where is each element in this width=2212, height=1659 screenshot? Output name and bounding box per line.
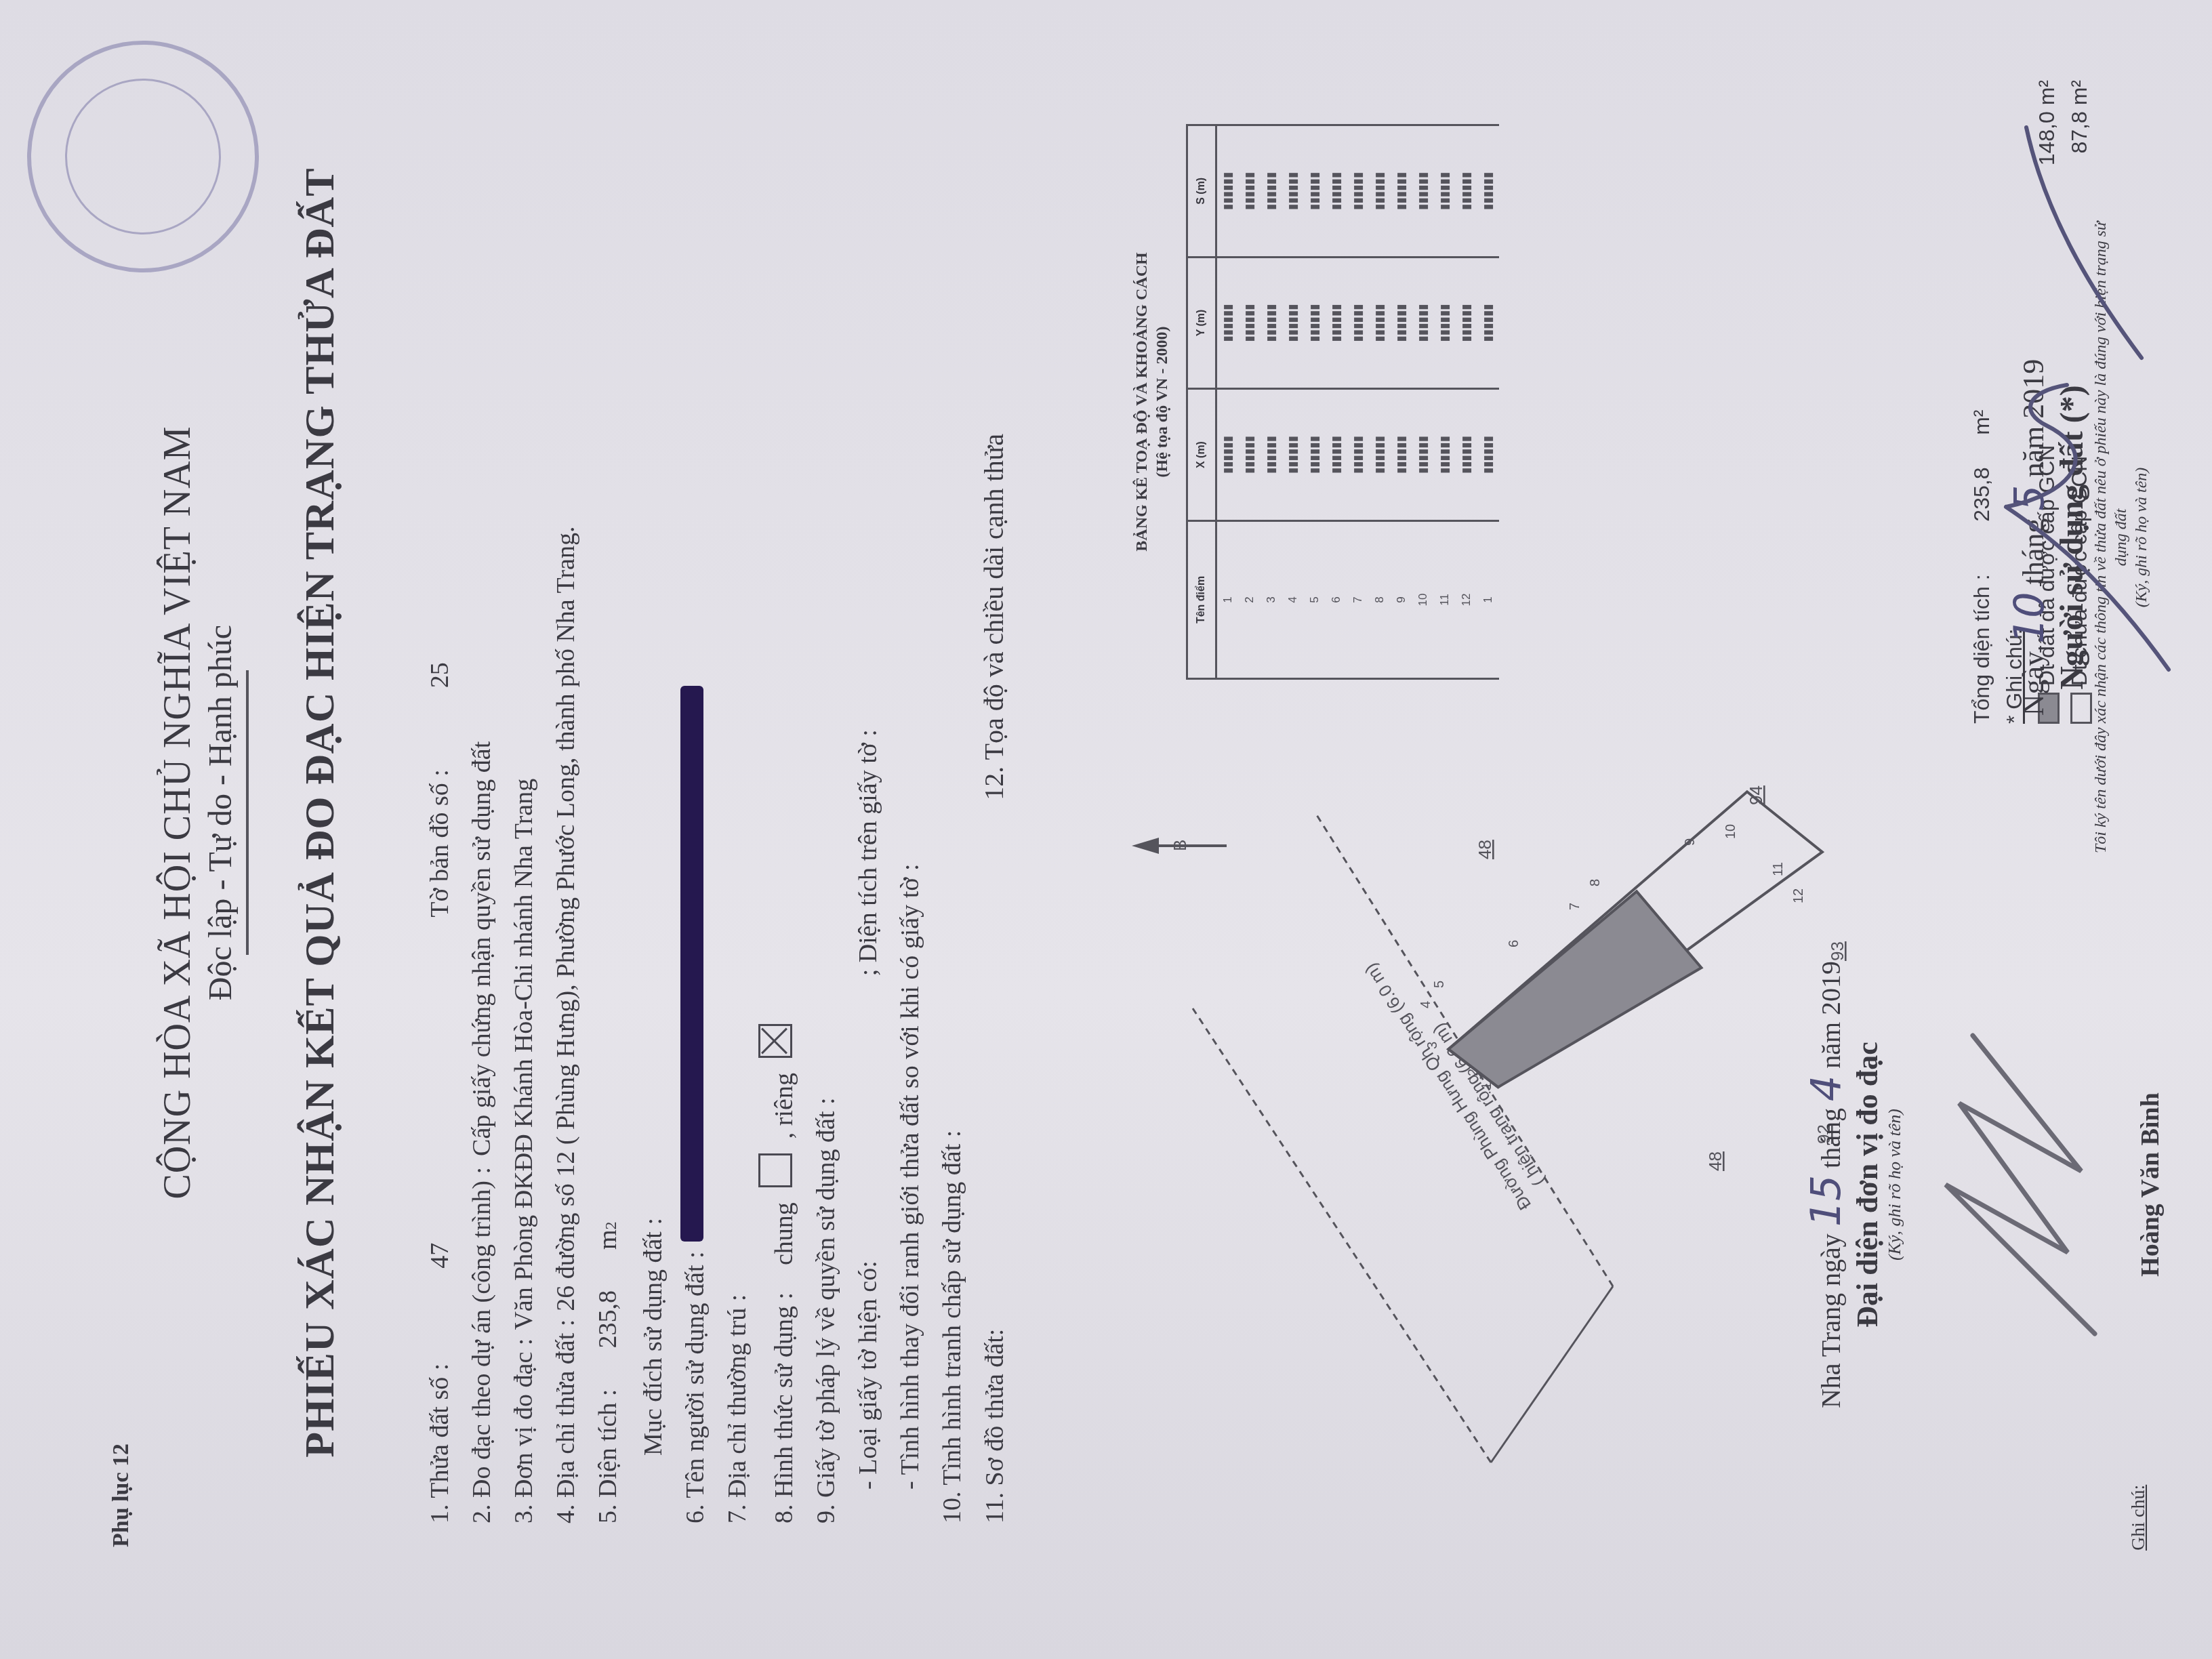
table-cell: ▮▮▮▮▮▮	[1456, 125, 1477, 258]
survey-unit-label: 3. Đơn vị đo đạc :	[503, 1338, 545, 1523]
field-boundary-change: - Tình hình thay đổi ranh giới thửa đất …	[889, 102, 931, 1523]
table-cell: ▮▮▮▮▮▮	[1304, 125, 1326, 258]
table-cell: ▮▮▮▮▮▮	[1391, 125, 1412, 258]
vertex-label: 1	[1479, 1082, 1494, 1090]
table-cell: ▮▮▮▮▮▮	[1239, 125, 1261, 258]
table-cell: 5	[1304, 520, 1326, 678]
field-doc-type: - Loại giấy tờ hiện có: ; Diện tích trên…	[847, 102, 889, 1523]
stamp-inner-ring	[43, 57, 243, 257]
parcel-no-label: 1. Thửa đất số :	[419, 1364, 461, 1523]
document-title: PHIẾU XÁC NHẬN KẾT QUẢ ĐO ĐẠC HIỆN TRẠNG…	[296, 102, 344, 1523]
doc-type-label: - Loại giấy tờ hiện có:	[847, 1261, 889, 1490]
table-cell: 10	[1412, 520, 1434, 678]
vertex-label: 6	[1507, 940, 1521, 947]
field-legal-docs: 9. Giấy tờ pháp lý về quyền sử dụng đất …	[805, 102, 847, 1523]
table-cell: ▮▮▮▮▮▮	[1369, 257, 1391, 389]
survey-purpose-label: 2. Đo đạc theo dự án (công trình) :	[461, 1167, 503, 1523]
table-cell: ▮▮▮▮▮▮	[1261, 125, 1282, 258]
field-address: 4. Địa chỉ thửa đất : 26 đường số 12 ( P…	[545, 102, 587, 1523]
table-cell: 2	[1239, 520, 1261, 678]
table-cell: 7	[1347, 520, 1369, 678]
table-cell: ▮▮▮▮▮▮	[1434, 125, 1456, 258]
table-row: 10▮▮▮▮▮▮▮▮▮▮▮▮▮▮▮▮▮▮	[1412, 125, 1434, 679]
field-survey-purpose: 2. Đo đạc theo dự án (công trình) : Cấp …	[461, 102, 503, 1523]
table-cell: ▮▮▮▮▮▮	[1412, 125, 1434, 258]
dispute-label: 10. Tình hình tranh chấp sử dụng đất :	[931, 1130, 973, 1523]
table-cell: ▮▮▮▮▮▮	[1434, 389, 1456, 521]
unit-day: 15	[1803, 1175, 1850, 1227]
vertex-label: 11	[1771, 862, 1786, 876]
table-cell: 8	[1369, 520, 1391, 678]
table-cell: ▮▮▮▮▮▮	[1456, 257, 1477, 389]
vertex-label: 3	[1425, 1042, 1440, 1049]
vertex-label: 9	[1683, 838, 1698, 846]
table-row: 5▮▮▮▮▮▮▮▮▮▮▮▮▮▮▮▮▮▮	[1304, 125, 1326, 679]
usage-form-private-label: , riêng	[763, 1073, 805, 1139]
appendix-label: Phụ lục 12	[108, 1443, 134, 1547]
table-cell: ▮▮▮▮▮▮	[1282, 257, 1304, 389]
table-row: 1▮▮▮▮▮▮▮▮▮▮▮▮▮▮▮▮▮▮	[1477, 125, 1499, 679]
usage-form-common-label: chung	[763, 1202, 805, 1265]
table-cell: ▮▮▮▮▮▮	[1282, 125, 1304, 258]
table-title: BẢNG KÊ TOẠ ĐỘ VÀ KHOẢNG CÁCH	[1132, 80, 1152, 724]
usage-purpose-label: Mục đích sử dụng đất :	[632, 1218, 674, 1456]
owner-label: 6. Tên người sử dụng đất :	[674, 1251, 716, 1523]
official-stamp	[0, 8, 291, 305]
unit-signature-icon	[1919, 981, 2135, 1388]
boundary-change-label: - Tình hình thay đổi ranh giới thửa đất …	[889, 864, 931, 1490]
residence-label: 7. Địa chỉ thường trú :	[716, 1294, 758, 1523]
table-cell: ▮▮▮▮▮▮	[1347, 125, 1369, 258]
table-cell: ▮▮▮▮▮▮	[1434, 257, 1456, 389]
footer-notes-label: Ghi chú:	[2128, 1485, 2150, 1551]
table-row: 9▮▮▮▮▮▮▮▮▮▮▮▮▮▮▮▮▮▮	[1391, 125, 1412, 679]
table-cell: ▮▮▮▮▮▮	[1412, 257, 1434, 389]
table-cell: ▮▮▮▮▮▮	[1477, 257, 1499, 389]
table-cell: ▮▮▮▮▮▮	[1369, 389, 1391, 521]
field-area: 5. Diện tích : 235,8 m2	[587, 102, 632, 1523]
table-cell: 6	[1326, 520, 1347, 678]
table-cell: ▮▮▮▮▮▮	[1347, 257, 1369, 389]
parcel-no-value: 47	[419, 1243, 461, 1269]
field-usage-purpose: Mục đích sử dụng đất :	[632, 102, 674, 1523]
unit-sign-instruction: (Ký, ghi rõ họ và tên)	[1885, 846, 1905, 1523]
table-cell: ▮▮▮▮▮▮	[1239, 257, 1261, 389]
field-survey-unit: 3. Đơn vị đo đạc : Văn Phòng ĐKĐĐ Khánh …	[503, 102, 545, 1523]
motto: Độc lập - Tự do - Hạnh phúc	[202, 102, 239, 1523]
table-cell: 11	[1434, 520, 1456, 678]
unit-year-label: năm 2019	[1816, 961, 1846, 1069]
table-cell: ▮▮▮▮▮▮	[1304, 389, 1326, 521]
table-cell: ▮▮▮▮▮▮	[1304, 257, 1326, 389]
vertex-label: 7	[1568, 903, 1582, 910]
coordinates-panel: BẢNG KÊ TOẠ ĐỘ VÀ KHOẢNG CÁCH (Hệ tọa độ…	[1111, 80, 1499, 724]
unit-date: Nha Trang ngày 15 tháng 4 năm 2019	[1803, 846, 1850, 1523]
svg-text:B: B	[1170, 840, 1190, 851]
table-cell: 1	[1216, 520, 1240, 678]
field-parcel: 1. Thửa đất số : 47 Tờ bản đồ số : 25	[419, 102, 461, 1523]
table-row: 1▮▮▮▮▮▮▮▮▮▮▮▮▮▮▮▮▮▮	[1216, 125, 1240, 679]
map-sheet-label: Tờ bản đồ số :	[419, 769, 461, 918]
table-cell: ▮▮▮▮▮▮	[1216, 125, 1240, 258]
unit-month: 4	[1803, 1076, 1850, 1101]
unit-month-label: tháng	[1816, 1108, 1846, 1168]
table-cell: ▮▮▮▮▮▮	[1261, 389, 1282, 521]
motto-underline	[246, 670, 249, 955]
table-cell: 4	[1282, 520, 1304, 678]
area-unit: m	[587, 1230, 629, 1250]
table-cell: ▮▮▮▮▮▮	[1216, 257, 1240, 389]
address-value: 26 đường số 12 ( Phùng Hưng), Phường Phư…	[545, 527, 587, 1311]
survey-unit-value: Văn Phòng ĐKĐĐ Khánh Hòa-Chi nhánh Nha T…	[503, 779, 545, 1330]
table-cell: 9	[1391, 520, 1412, 678]
area-value: 235,8	[587, 1290, 629, 1349]
neighbor-parcel-label: 48	[1475, 840, 1495, 859]
form-fields: 1. Thửa đất số : 47 Tờ bản đồ số : 25 2.…	[419, 102, 1016, 1523]
table-cell: ▮▮▮▮▮▮	[1326, 389, 1347, 521]
table-cell: ▮▮▮▮▮▮	[1216, 389, 1240, 521]
field-usage-form: 8. Hình thức sử dụng : chung , riêng	[758, 102, 805, 1523]
table-row: 7▮▮▮▮▮▮▮▮▮▮▮▮▮▮▮▮▮▮	[1347, 125, 1369, 679]
surveyor-name: Hoàng Văn Bình	[2135, 846, 2165, 1523]
parcel-sketch: B Đường Phùng Hưng Qh rộng (6.0 m) ( hiệ…	[1111, 778, 1857, 1523]
table-cell: 12	[1456, 520, 1477, 678]
table-row: 3▮▮▮▮▮▮▮▮▮▮▮▮▮▮▮▮▮▮	[1261, 125, 1282, 679]
survey-purpose-value: Cấp giấy chứng nhận quyền sử dụng đất	[461, 741, 503, 1156]
vertex-label: 10	[1723, 824, 1738, 839]
table-cell: ▮▮▮▮▮▮	[1282, 389, 1304, 521]
coordinates-table: Tên điểmX (m)Y (m)S (m) 1▮▮▮▮▮▮▮▮▮▮▮▮▮▮▮…	[1186, 124, 1499, 680]
usage-form-common-checkbox[interactable]	[758, 1153, 792, 1187]
table-cell: ▮▮▮▮▮▮	[1326, 257, 1347, 389]
document-page: Phụ lục 12 CỘNG HÒA XÃ HỘI CHỦ NGHĨA VIỆ…	[0, 0, 2212, 1659]
table-header: Y (m)	[1187, 257, 1216, 389]
table-header: Tên điểm	[1187, 520, 1216, 678]
sketch-label: 11. Sơ đồ thửa đất:	[974, 1329, 1016, 1523]
table-row: 11▮▮▮▮▮▮▮▮▮▮▮▮▮▮▮▮▮▮	[1434, 125, 1456, 679]
field-dispute: 10. Tình hình tranh chấp sử dụng đất :	[931, 102, 973, 1523]
table-cell: 1	[1477, 520, 1499, 678]
field-sketch: 11. Sơ đồ thửa đất: 12. Tọa độ và chiều …	[973, 102, 1016, 1523]
address-label: 4. Địa chỉ thửa đất :	[545, 1319, 587, 1523]
table-cell: ▮▮▮▮▮▮	[1261, 257, 1282, 389]
field-owner: 6. Tên người sử dụng đất :	[674, 102, 716, 1523]
table-cell: ▮▮▮▮▮▮	[1477, 125, 1499, 258]
legal-docs-label: 9. Giấy tờ pháp lý về quyền sử dụng đất …	[805, 1097, 847, 1523]
usage-form-private-checkbox[interactable]	[758, 1024, 792, 1058]
neighbor-parcel-label: 94	[1746, 785, 1766, 805]
doc-area-label: ; Diện tích trên giấy tờ :	[847, 729, 889, 976]
neighbor-parcel-label: 48	[1705, 1151, 1725, 1171]
table-row: 2▮▮▮▮▮▮▮▮▮▮▮▮▮▮▮▮▮▮	[1239, 125, 1261, 679]
table-cell: ▮▮▮▮▮▮	[1369, 125, 1391, 258]
table-cell: ▮▮▮▮▮▮	[1239, 389, 1261, 521]
table-cell: ▮▮▮▮▮▮	[1456, 389, 1477, 521]
vertex-label: 4	[1418, 1001, 1433, 1008]
north-arrow-icon: B	[1132, 838, 1227, 854]
table-subtitle: (Hệ tọa độ VN - 2000)	[1152, 80, 1172, 724]
owner-redaction	[680, 686, 703, 1242]
table-cell: ▮▮▮▮▮▮	[1391, 257, 1412, 389]
coordinates-section-label: 12. Tọa độ và chiều dài cạnh thửa	[973, 434, 1015, 800]
survey-unit-signature-block: Nha Trang ngày 15 tháng 4 năm 2019 Đại d…	[1803, 846, 2165, 1523]
table-cell: ▮▮▮▮▮▮	[1391, 389, 1412, 521]
vertex-label: 5	[1432, 981, 1447, 988]
vertex-label: 2	[1466, 1069, 1481, 1076]
unit-place-date: Nha Trang ngày	[1816, 1233, 1846, 1408]
table-cell: ▮▮▮▮▮▮	[1347, 389, 1369, 521]
owner-signature-icon	[1965, 100, 2209, 710]
table-row: 12▮▮▮▮▮▮▮▮▮▮▮▮▮▮▮▮▮▮	[1456, 125, 1477, 679]
table-header: X (m)	[1187, 389, 1216, 521]
table-row: 8▮▮▮▮▮▮▮▮▮▮▮▮▮▮▮▮▮▮	[1369, 125, 1391, 679]
table-row: 6▮▮▮▮▮▮▮▮▮▮▮▮▮▮▮▮▮▮	[1326, 125, 1347, 679]
usage-form-label: 8. Hình thức sử dụng :	[763, 1292, 805, 1523]
coordinates-table-title: BẢNG KÊ TOẠ ĐỘ VÀ KHOẢNG CÁCH (Hệ tọa độ…	[1132, 80, 1172, 724]
unit-sign-title: Đại diện đơn vị đo đạc	[1850, 846, 1885, 1523]
map-sheet-value: 25	[419, 662, 461, 688]
table-header: S (m)	[1187, 125, 1216, 258]
nation-heading: CỘNG HÒA XÃ HỘI CHỦ NGHĨA VIỆT NAM	[156, 102, 199, 1523]
table-cell: ▮▮▮▮▮▮	[1326, 125, 1347, 258]
table-cell: ▮▮▮▮▮▮	[1412, 389, 1434, 521]
table-cell: 3	[1261, 520, 1282, 678]
field-residence: 7. Địa chỉ thường trú :	[716, 102, 758, 1523]
table-row: 4▮▮▮▮▮▮▮▮▮▮▮▮▮▮▮▮▮▮	[1282, 125, 1304, 679]
area-label: 5. Diện tích :	[587, 1389, 629, 1523]
table-cell: ▮▮▮▮▮▮	[1477, 389, 1499, 521]
vertex-label: 8	[1588, 879, 1603, 886]
